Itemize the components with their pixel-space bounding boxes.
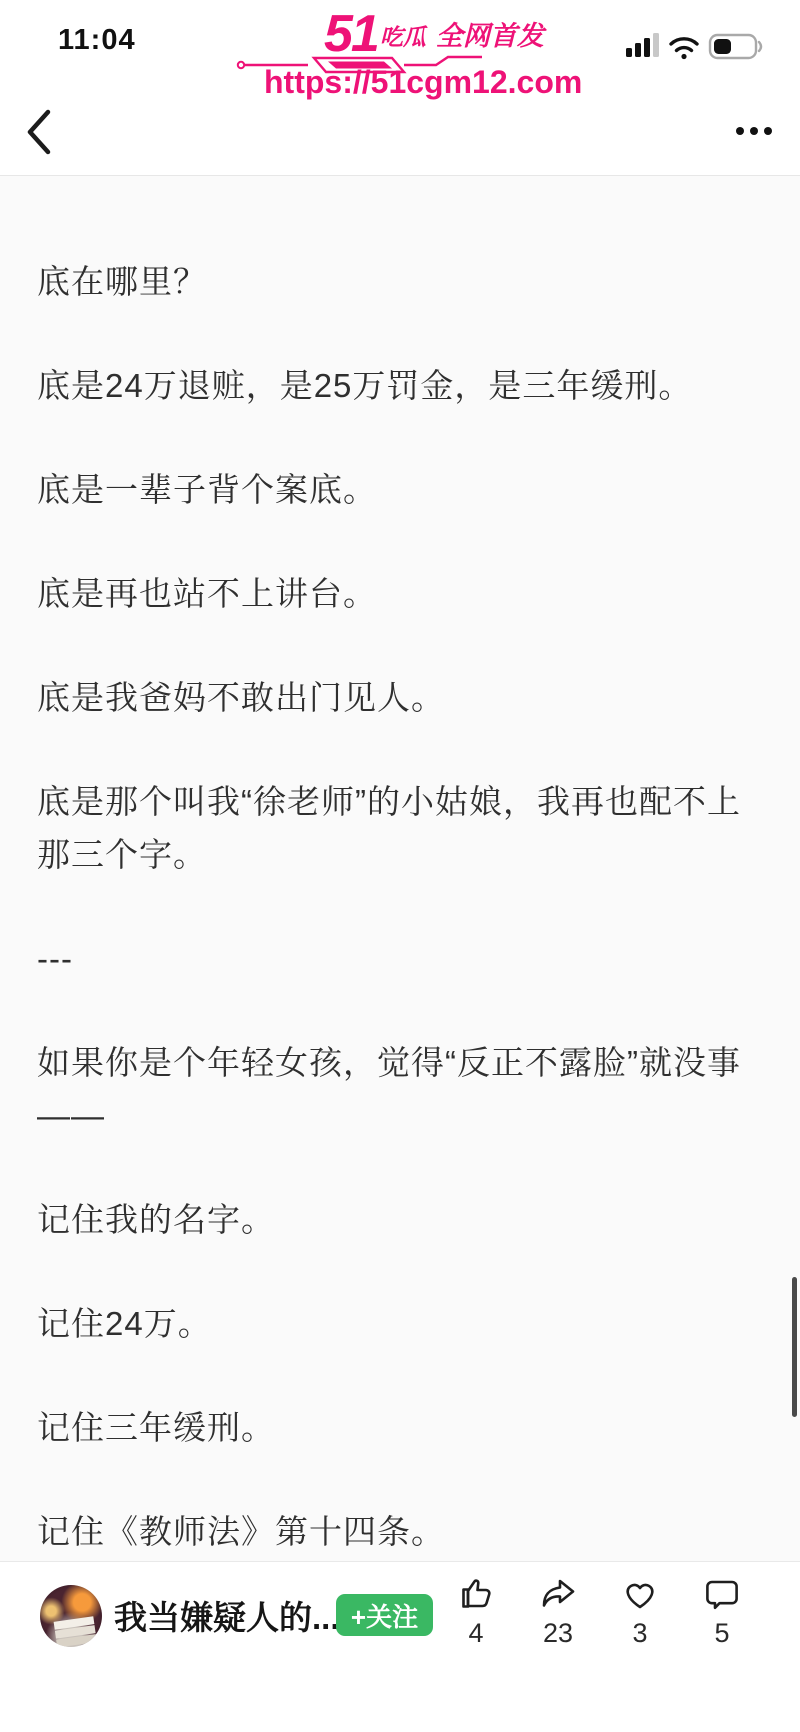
author-name[interactable]: 我当嫌疑人的... <box>114 1592 340 1639</box>
status-time: 11:04 <box>58 24 136 57</box>
watermark-logo-tagline: 全网首发 <box>436 21 544 51</box>
more-dot <box>764 127 772 135</box>
heart-icon <box>620 1574 660 1614</box>
article-paragraph: 记住24万。 <box>37 1297 763 1350</box>
avatar-books <box>54 1616 95 1629</box>
battery-icon <box>710 35 761 58</box>
watermark-logo-name: 吃瓜 <box>380 24 426 50</box>
share-arrow-icon <box>538 1574 578 1614</box>
more-options-button[interactable] <box>736 127 782 139</box>
comment-button[interactable]: 5 <box>691 1574 753 1647</box>
more-dot <box>750 127 758 135</box>
article-paragraph: 记住我的名字。 <box>37 1193 763 1246</box>
share-count: 23 <box>527 1620 589 1647</box>
scrollbar[interactable] <box>792 1277 797 1417</box>
article-paragraph: 如果你是个年轻女孩，觉得“反正不露脸”就没事—— <box>37 1036 763 1142</box>
article-paragraph: 记住三年缓刑。 <box>37 1401 763 1454</box>
article-paragraph: 底是一辈子背个案底。 <box>37 463 763 516</box>
avatar[interactable] <box>40 1585 102 1647</box>
favorite-button[interactable]: 3 <box>609 1574 671 1647</box>
share-button[interactable]: 23 <box>527 1574 589 1647</box>
watermark: 51吃瓜全网首发 https://51cgm12.com <box>228 2 578 108</box>
wifi-icon <box>671 39 697 59</box>
article-paragraph: 底在哪里？ <box>37 255 763 308</box>
follow-button[interactable]: +关注 <box>336 1594 433 1636</box>
article-paragraph: 记住《教师法》第十四条。 <box>37 1505 763 1558</box>
favorite-count: 3 <box>609 1620 671 1647</box>
article-paragraph: 底是再也站不上讲台。 <box>37 567 763 620</box>
app-screen: 11:04 51吃瓜全网首发 <box>0 0 800 1732</box>
article-body: 底在哪里？底是24万退赃，是25万罚金，是三年缓刑。底是一辈子背个案底。底是再也… <box>0 176 800 1561</box>
article-paragraph: 底是那个叫我“徐老师”的小姑娘，我再也配不上那三个字。 <box>37 775 763 881</box>
like-button[interactable]: 4 <box>445 1574 507 1647</box>
more-dot <box>736 127 744 135</box>
article-paragraph: --- <box>37 932 763 985</box>
back-button[interactable] <box>24 108 54 156</box>
footer-bar: 我当嫌疑人的... +关注 4 23 3 5 <box>0 1561 800 1732</box>
chevron-left-icon <box>24 108 54 156</box>
signal-icon <box>626 33 659 57</box>
watermark-url: https://51cgm12.com <box>264 64 582 101</box>
like-count: 4 <box>445 1620 507 1647</box>
comment-bubble-icon <box>702 1574 742 1614</box>
article-paragraph: 底是我爸妈不敢出门见人。 <box>37 671 763 724</box>
thumbs-up-icon <box>456 1574 496 1614</box>
status-icons <box>626 30 766 64</box>
comment-count: 5 <box>691 1620 753 1647</box>
article-paragraph: 底是24万退赃，是25万罚金，是三年缓刑。 <box>37 359 763 412</box>
